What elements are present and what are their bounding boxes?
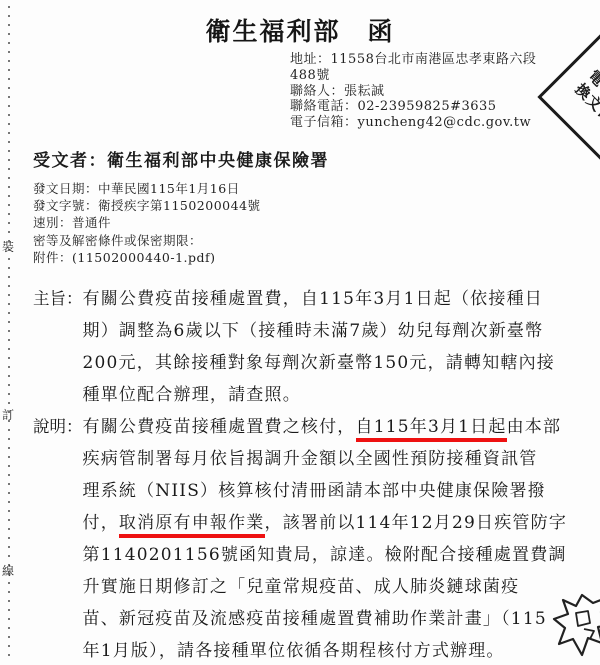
red-underlined-text: 自115年3月1日起	[356, 417, 507, 442]
subject-label: 主旨：	[33, 283, 83, 315]
electronic-exchange-stamp-icon: 電子交 換文書	[537, 33, 600, 160]
description-line: 升實施日期修訂之「兒童常規疫苗、成人肺炎鏈球菌疫	[83, 571, 574, 603]
text-segment: ，該署前以114年12月29日疾管防字	[265, 513, 568, 533]
description-label: 說明：	[33, 411, 83, 443]
dispatch-date: 發文日期：中華民國115年1月16日	[33, 180, 261, 197]
contact-person: 聯絡人：張耘誠	[290, 84, 536, 100]
text-segment: 由本部	[507, 417, 562, 437]
description-line: 第1140201156號函知貴局，諒達。檢附配合接種處置費調	[83, 539, 574, 571]
security-classification: 密等及解密條件或保密期限：	[33, 232, 261, 249]
document-title: 衛生福利部 函	[0, 12, 600, 48]
dispatch-meta-block: 發文日期：中華民國115年1月16日 發文字號：衛授疾字第1150200044號…	[33, 180, 261, 266]
official-letter-page: 裝 訂 線 衛生福利部 函 地址：11558台北市南港區忠孝東路六段 488號 …	[0, 0, 600, 665]
description-line: 付，取消原有申報作業，該署前以114年12月29日疾管防字	[83, 507, 574, 539]
subject-lines: 有關公費疫苗接種處置費，自115年3月1日起（依接種日 期）調整為6歲以下（接種…	[83, 283, 574, 411]
subject-line: 有關公費疫苗接種處置費，自115年3月1日起（依接種日	[83, 283, 574, 315]
description-line: 疾病管制署每月依旨揭調升金額以全國性預防接種資訊管	[83, 443, 574, 475]
binding-mark-ding: 訂	[2, 406, 14, 423]
subject-line: 種單位配合辦理，請查照。	[83, 379, 574, 411]
contact-phone: 聯絡電話：02-23959825#3635	[290, 99, 536, 115]
subject-line: 期）調整為6歲以下（接種時未滿7歲）幼兒每劑次新臺幣	[83, 315, 574, 347]
text-segment: 付，	[83, 513, 119, 533]
description-line: 理系統（NIIS）核算核付清冊函請本部中央健康保險署撥	[83, 475, 574, 507]
delivery-class: 速別：普通件	[33, 214, 261, 231]
description-line: 年1月版），請各接種單位依循各期程核付方式辦理。	[83, 635, 574, 665]
text-segment: 苗、新冠疫苗及流感疫苗接種處置費補助作業計畫」（115	[83, 609, 547, 629]
subject-line: 200元，其餘接種對象每劑次新臺幣150元，請轉知轄內接	[83, 347, 574, 379]
description-line: 苗、新冠疫苗及流感疫苗接種處置費補助作業計畫」（115	[83, 603, 574, 635]
binding-mark-zhuang: 裝	[2, 238, 14, 255]
text-segment: 年1月版），請各接種單位依循各期程核付方式辦理。	[83, 641, 505, 661]
text-segment: 有關公費疫苗接種處置費之核付，	[83, 417, 356, 437]
sender-address-line2: 488號	[290, 68, 536, 84]
contact-email: 電子信箱：yuncheng42@cdc.gov.tw	[290, 115, 536, 131]
red-underlined-text: 取消原有申報作業	[119, 513, 265, 538]
subject-section: 主旨： 有關公費疫苗接種處置費，自115年3月1日起（依接種日 期）調整為6歲以…	[33, 283, 573, 411]
description-lines: 有關公費疫苗接種處置費之核付，自115年3月1日起由本部 疾病管制署每月依旨揭調…	[83, 411, 574, 665]
letter-body: 主旨： 有關公費疫苗接種處置費，自115年3月1日起（依接種日 期）調整為6歲以…	[33, 283, 573, 665]
sender-address-line1: 地址：11558台北市南港區忠孝東路六段	[290, 52, 536, 68]
sender-contact-block: 地址：11558台北市南港區忠孝東路六段 488號 聯絡人：張耘誠 聯絡電話：0…	[290, 52, 536, 131]
binding-mark-xian: 線	[2, 562, 14, 579]
text-segment: 升實施日期修訂之「兒童常規疫苗、成人肺炎鏈球菌疫	[83, 577, 520, 597]
recipient-line: 受文者：衛生福利部中央健康保險署	[33, 146, 329, 171]
text-segment: 理系統（NIIS）核算核付清冊函請本部中央健康保險署撥	[83, 481, 546, 501]
stamp-fragment-icon	[552, 591, 600, 665]
description-line: 有關公費疫苗接種處置費之核付，自115年3月1日起由本部	[83, 411, 574, 443]
attachment-line: 附件：(11502000440-1.pdf)	[33, 249, 261, 266]
description-section: 說明： 有關公費疫苗接種處置費之核付，自115年3月1日起由本部 疾病管制署每月…	[33, 411, 573, 665]
dispatch-number: 發文字號：衛授疾字第1150200044號	[33, 197, 261, 214]
text-segment: 第1140201156號函知貴局，諒達。檢附配合接種處置費調	[83, 545, 567, 565]
text-segment: 疾病管制署每月依旨揭調升金額以全國性預防接種資訊管	[83, 449, 538, 469]
